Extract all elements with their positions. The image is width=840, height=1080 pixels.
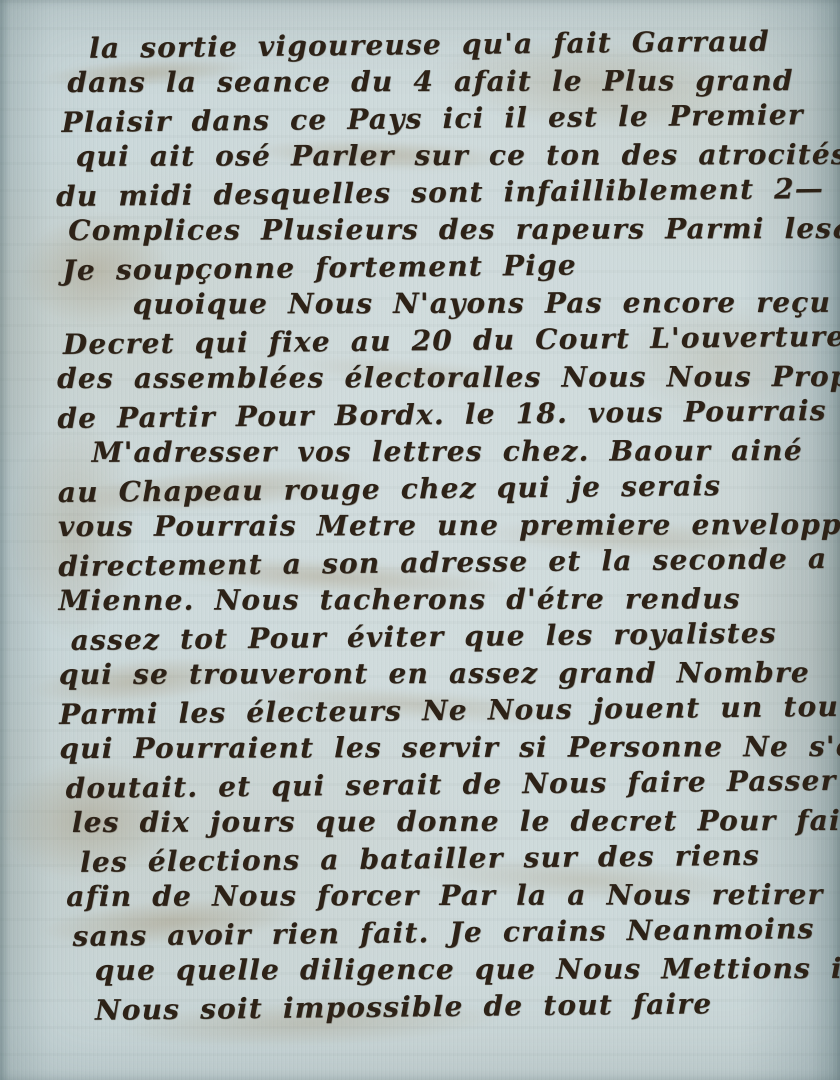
manuscript-line: Nous soit impossible de tout faire [95,984,827,1029]
manuscript-line: qui se trouveront en assez grand Nombre [59,654,825,693]
manuscript-line: sans avoir rien fait. Je crains Neanmoin… [72,910,826,955]
manuscript-line: les élections a batailler sur des riens [80,836,826,881]
manuscript-line: M'adresser vos lettres chez. Baour ainé [92,432,824,471]
manuscript-line: la sortie vigoureuse qu'a fait Garraud [89,22,821,67]
manuscript-line: que quelle diligence que Nous Mettions i… [95,950,827,989]
manuscript-line: du midi desquelles sont infailliblement … [56,170,822,215]
manuscript-line: directement a son adresse et la seconde … [58,540,824,585]
manuscript-page: la sortie vigoureuse qu'a fait Garraud d… [0,0,840,1080]
manuscript-line: Parmi les électeurs Ne Nous jouent un to… [59,688,825,733]
manuscript-line: doutait. et qui serait de Nous faire Pas… [65,762,825,807]
manuscript-line: Mienne. Nous tacherons d'étre rendus [58,580,824,619]
manuscript-line: quoique Nous N'ayons Pas encore reçu le [133,284,823,323]
manuscript-line: au Chapeau rouge chez qui je serais [58,466,824,511]
manuscript-line: qui Pourraient les servir si Personne Ne… [59,728,825,767]
manuscript-line: Decret qui fixe au 20 du Court L'ouvertu… [63,318,823,363]
manuscript-line: Je soupçonne fortement Pige [62,244,822,289]
manuscript-line: de Partir Pour Bordx. le 18. vous Pourra… [57,392,823,437]
letter-body: la sortie vigoureuse qu'a fait Garraud d… [55,24,827,1028]
manuscript-line: assez tot Pour éviter que les royalistes [71,614,825,659]
manuscript-line: qui ait osé Parler sur ce ton des atroci… [76,136,822,175]
manuscript-line: des assemblées électoralles Nous Nous Pr… [57,358,823,397]
manuscript-line: afin de Nous forcer Par la a Nous retire… [66,876,826,915]
manuscript-line: vous Pourrais Metre une premiere envelop… [58,506,824,545]
manuscript-line: Plaisir dans ce Pays ici il est le Premi… [61,96,821,141]
manuscript-line: les dix jours que donne le decret Pour f… [72,802,826,841]
manuscript-line: Complices Plusieurs des rapeurs Parmi le… [68,210,822,249]
manuscript-line: dans la seance du 4 afait le Plus grand [67,62,821,101]
